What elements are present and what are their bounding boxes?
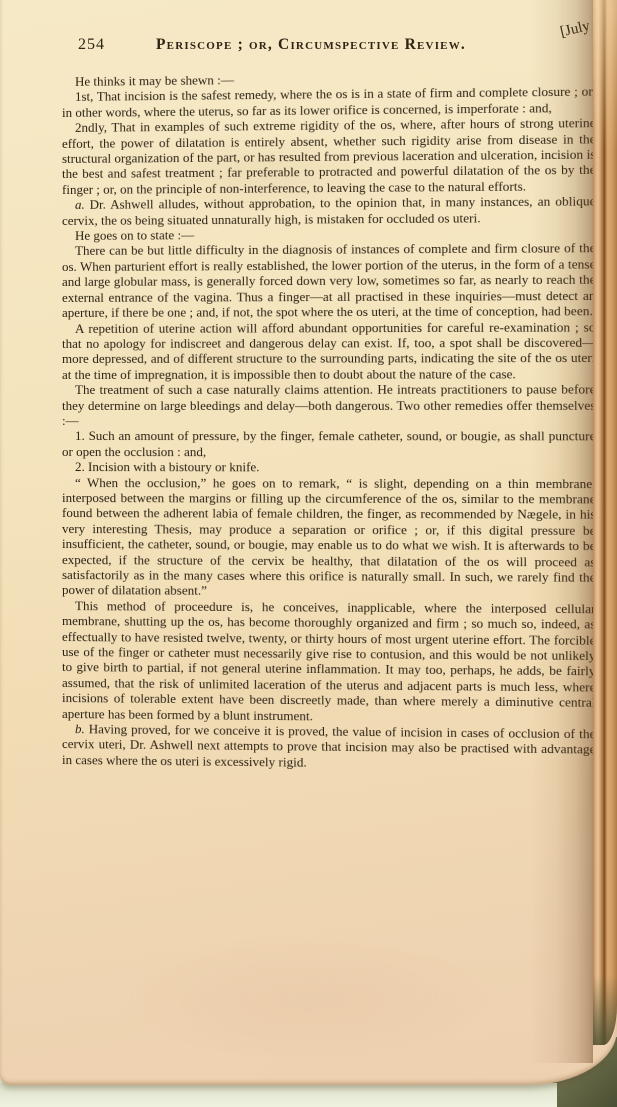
paragraph-lead: a. xyxy=(75,197,90,212)
paragraph: The treatment of such a case naturally c… xyxy=(62,381,596,428)
paragraph: 2ndly, That in examples of such extreme … xyxy=(62,115,596,197)
book-scan: { "page": { "header": { "page_number": "… xyxy=(0,0,617,1107)
paragraph: 2. Incision with a bistoury or knife. xyxy=(62,459,596,475)
paragraph-lead: b. xyxy=(75,721,89,736)
page-text: He thinks it may be shewn :—1st, That in… xyxy=(62,68,596,773)
paragraph: 1. Such an amount of pressure, by the fi… xyxy=(62,428,596,459)
book-page: 254 Periscope ; or, Circumspective Revie… xyxy=(0,0,617,1085)
paragraph: A repetition of uterine action will affo… xyxy=(62,319,596,382)
page-header: 254 Periscope ; or, Circumspective Revie… xyxy=(62,36,560,58)
paragraph: There can be but little difficulty in th… xyxy=(62,240,596,320)
page-below-edge xyxy=(0,1083,557,1107)
paragraph: a. Dr. Ashwell alludes, without approbat… xyxy=(62,193,596,228)
journal-title: Periscope ; or, Circumspective Review. xyxy=(62,36,560,54)
paragraph: “ When the occlusion,” he goes on to rem… xyxy=(62,475,596,601)
paragraph: This method of proceedure is, he conceiv… xyxy=(62,598,596,726)
paragraph: b. Having proved, for we conceive it is … xyxy=(62,721,596,773)
book-page-edges xyxy=(593,0,617,1045)
paragraph: 1st, That incision is the safest remedy,… xyxy=(62,84,596,120)
